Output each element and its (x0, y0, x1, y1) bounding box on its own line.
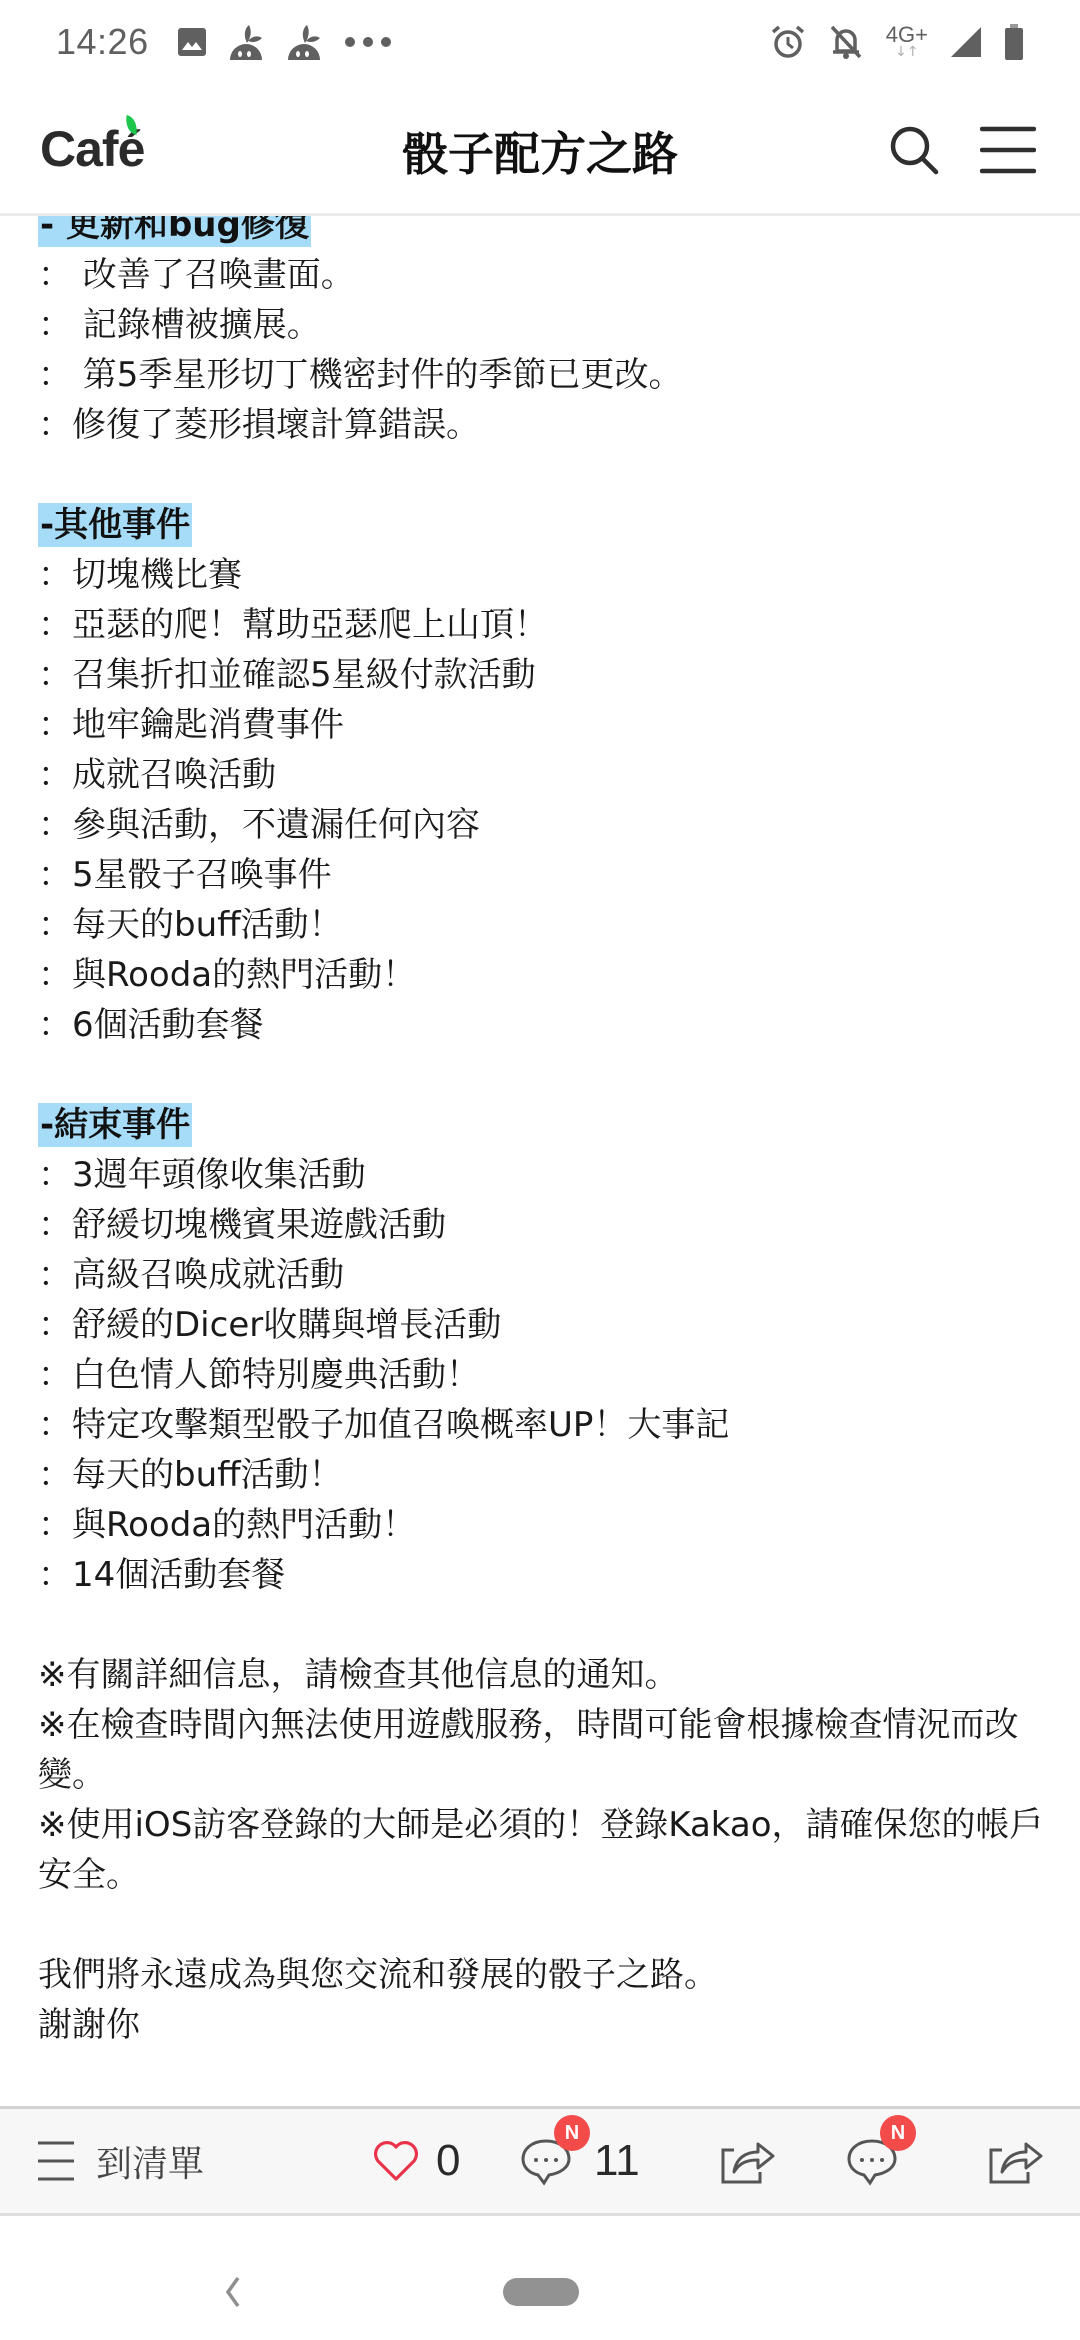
like-button[interactable]: 0 (372, 2109, 460, 2213)
app-sprout-icon (285, 23, 323, 61)
section-ended-events: -結束事件 ：3週年頭像收集活動 ：舒緩切塊機賓果遊戲活動 ：高級召喚成就活動 … (38, 1100, 1048, 1600)
list-item: ：與Rooda的熱門活動！ (38, 1500, 1048, 1550)
battery-icon (1004, 24, 1024, 60)
list-item: ： 改善了召喚畫面。 (38, 250, 1048, 300)
list-item: ： 記錄槽被擴展。 (38, 300, 1048, 350)
list-icon (36, 2139, 76, 2183)
list-item: ： 第5季星形切丁機密封件的季節已更改。 (38, 350, 1048, 400)
share-button[interactable] (720, 2109, 776, 2213)
list-item: ：亞瑟的爬！幫助亞瑟爬上山頂！ (38, 600, 1048, 650)
section-updates: - 更新和bug修復 ： 改善了召喚畫面。 ： 記錄槽被擴展。 ： 第5季星形切… (38, 216, 1048, 450)
list-item: ：與Rooda的熱門活動！ (38, 950, 1048, 1000)
bell-off-icon (828, 23, 864, 61)
new-badge: N (880, 2115, 916, 2151)
gallery-icon (177, 27, 207, 57)
list-item: ：成就召喚活動 (38, 750, 1048, 800)
list-item: ：3週年頭像收集活動 (38, 1150, 1048, 1200)
list-item: ：每天的buff活動！ (38, 1450, 1048, 1500)
section-heading: -結束事件 (38, 1103, 192, 1147)
to-list-label: 到清單 (96, 2136, 204, 2187)
list-item: ：切塊機比賽 (38, 550, 1048, 600)
app-header: Café 骰子配方之路 (0, 84, 1080, 216)
note-text: ※使用iOS訪客登錄的大師是必須的！登錄Kakao，請確保您的帳戶安全。 (38, 1800, 1048, 1900)
note-text: ※有關詳細信息，請檢查其他信息的通知。 (38, 1650, 1048, 1700)
menu-button[interactable] (976, 118, 1040, 182)
share-icon (720, 2136, 776, 2186)
status-bar: 14:26 4G+ ↓↑ (0, 0, 1080, 84)
closing-text: 謝謝你 (38, 2000, 1048, 2050)
closing: 我們將永遠成為與您交流和發展的骰子之路。 謝謝你 (38, 1950, 1048, 2050)
heart-icon (372, 2139, 420, 2183)
post-body: - 更新和bug修復 ： 改善了召喚畫面。 ： 記錄槽被擴展。 ： 第5季星形切… (38, 216, 1048, 2050)
list-item: ：6個活動套餐 (38, 1000, 1048, 1050)
signal-icon (950, 26, 982, 58)
list-item: ：14個活動套餐 (38, 1550, 1048, 1600)
list-item: ：舒緩切塊機賓果遊戲活動 (38, 1200, 1048, 1250)
list-item: ：每天的buff活動！ (38, 900, 1048, 950)
search-button[interactable] (882, 118, 946, 182)
notes: ※有關詳細信息，請檢查其他信息的通知。 ※在檢查時間內無法使用遊戲服務，時間可能… (38, 1650, 1048, 1900)
list-item: ：召集折扣並確認5星級付款活動 (38, 650, 1048, 700)
app-sprout-icon (227, 23, 265, 61)
share-button-2[interactable] (988, 2109, 1044, 2213)
hamburger-menu-icon (980, 125, 1036, 175)
list-item: ：修復了菱形損壞計算錯誤。 (38, 400, 1048, 450)
new-badge: N (554, 2115, 590, 2151)
back-button[interactable] (218, 2274, 248, 2310)
closing-text: 我們將永遠成為與您交流和發展的骰子之路。 (38, 1950, 1048, 2000)
system-nav-bar (0, 2216, 1080, 2340)
list-item: ：參與活動，不遺漏任何內容 (38, 800, 1048, 850)
section-heading: -其他事件 (38, 503, 192, 547)
post-content[interactable]: - 更新和bug修復 ： 改善了召喚畫面。 ： 記錄槽被擴展。 ： 第5季星形切… (0, 216, 1080, 2106)
alarm-icon (770, 24, 806, 60)
back-chevron-icon (218, 2274, 248, 2310)
notification-icons (177, 23, 393, 61)
to-list-button[interactable]: 到清單 (36, 2109, 204, 2213)
list-item: ：舒緩的Dicer收購與增長活動 (38, 1300, 1048, 1350)
more-dots-icon (343, 35, 393, 49)
note-text: ※在檢查時間內無法使用遊戲服務，時間可能會根據檢查情況而改變。 (38, 1700, 1048, 1800)
status-time: 14:26 (56, 21, 149, 63)
comment-count: 11 (594, 2136, 640, 2186)
post-action-bar: 到清單 0 N 11 N (0, 2106, 1080, 2216)
list-item: ：白色情人節特別慶典活動！ (38, 1350, 1048, 1400)
comment-button[interactable]: N 11 (518, 2109, 640, 2213)
home-pill[interactable] (503, 2278, 579, 2306)
list-item: ：5星骰子召喚事件 (38, 850, 1048, 900)
section-heading: - 更新和bug修復 (38, 216, 311, 247)
list-item: ：特定攻擊類型骰子加值召喚概率UP！大事記 (38, 1400, 1048, 1450)
section-other-events: -其他事件 ：切塊機比賽 ：亞瑟的爬！幫助亞瑟爬上山頂！ ：召集折扣並確認5星級… (38, 500, 1048, 1050)
like-count: 0 (436, 2136, 460, 2186)
share-icon (988, 2136, 1044, 2186)
comment-write-button[interactable]: N (844, 2109, 900, 2213)
network-4g-plus-icon: 4G+ ↓↑ (886, 25, 928, 59)
search-icon (887, 123, 941, 177)
list-item: ：高級召喚成就活動 (38, 1250, 1048, 1300)
system-icons: 4G+ ↓↑ (770, 23, 1024, 61)
list-item: ：地牢鑰匙消費事件 (38, 700, 1048, 750)
